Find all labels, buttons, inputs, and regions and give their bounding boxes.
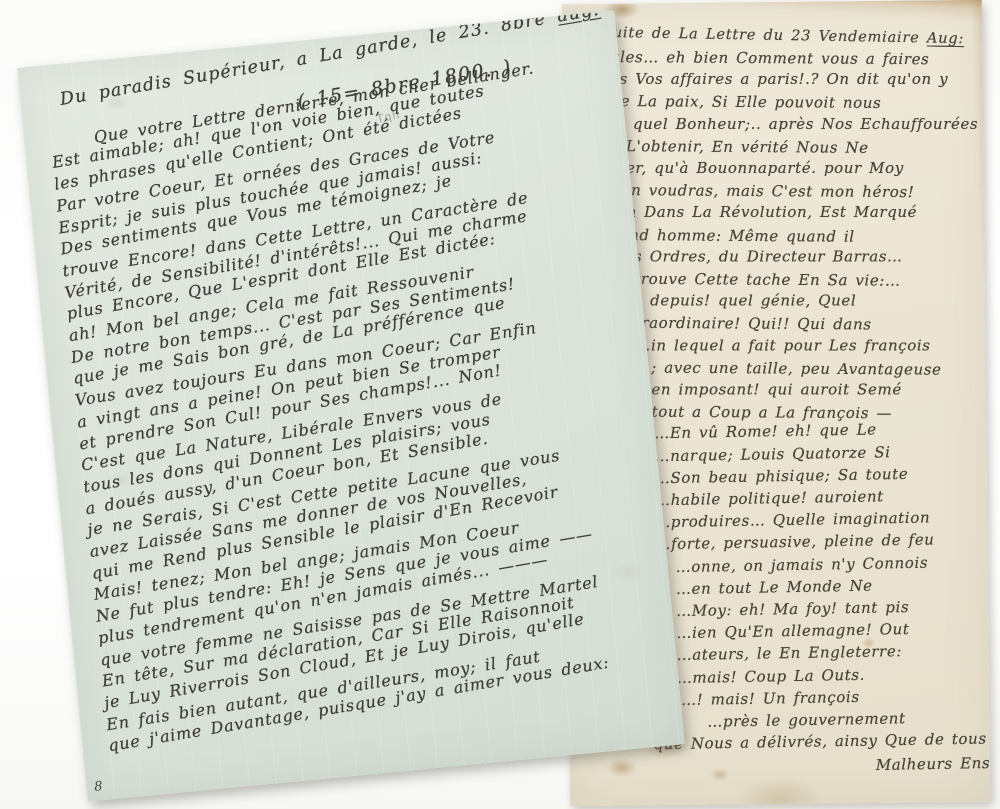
manuscript-line: …es Vos affaires a paris!.? On dit qu'on… bbox=[595, 68, 991, 90]
recto-text-block: Du paradis Supérieur, a La garde, le 23.… bbox=[45, 36, 682, 757]
manuscript-line: …in lequel a fait pour Les françois bbox=[635, 334, 990, 356]
manuscript-line: …de La paix, Si Elle pouvoit nous bbox=[595, 90, 990, 115]
manuscript-line: que Nous a délivrés, ainsy Que de tous L… bbox=[653, 727, 990, 755]
manuscript-line: …s Ordres, du Directeur Barras… bbox=[618, 245, 990, 267]
verso-header-suffix: Aug: bbox=[927, 30, 964, 47]
recto-lines: Que votre Lettre dernierre, mon cher bel… bbox=[49, 76, 683, 758]
manuscript-line: …s depuis! quel génie, Quel bbox=[619, 290, 990, 312]
letter-page-recto: Du paradis Supérieur, a La garde, le 23.… bbox=[17, 10, 685, 801]
manuscript-line: …ien Dans La Révolution, Est Marqué bbox=[596, 201, 990, 223]
manuscript-line: …mer, qu'à Bouonnaparté. pour Moy bbox=[596, 157, 991, 179]
manuscript-line: …traordinaire! Qui!! Qui dans bbox=[619, 312, 990, 337]
manuscript-scan: Suite de La Lettre du 23 Vendemiaire Aug… bbox=[0, 0, 1000, 809]
manuscript-line: …; avec une taille, peu Avantageuse bbox=[636, 356, 991, 381]
manuscript-line: …s! quel Bonheur;.. après Nos Echauffour… bbox=[595, 112, 990, 134]
manuscript-line: …en imposant! qui auroit Semé bbox=[636, 379, 990, 401]
verso-header-text: Suite de La Lettre du 23 Vendemiaire bbox=[602, 25, 920, 47]
manuscript-line: Malheurs Ensembles bbox=[876, 751, 991, 776]
recto-page-number: 8 bbox=[94, 779, 104, 795]
